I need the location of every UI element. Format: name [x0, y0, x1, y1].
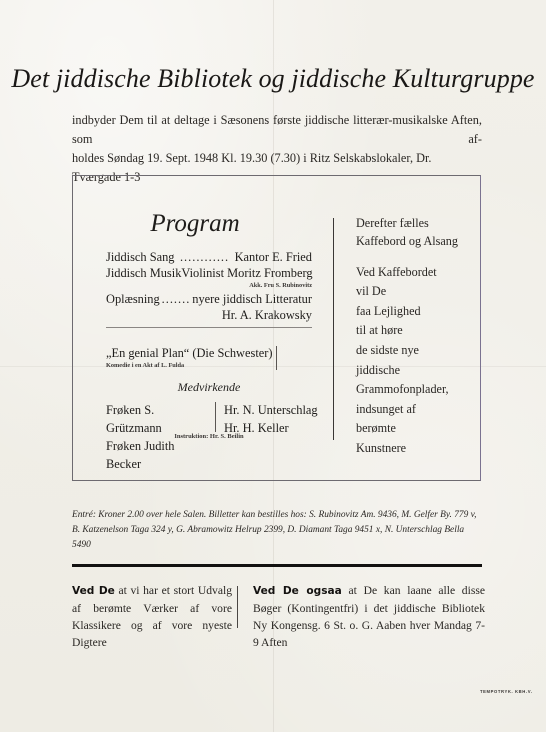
program-item-title: Jiddisch Musik: [106, 266, 181, 281]
invitation-line: indbyder Dem til at deltage i Sæsonens f…: [72, 111, 482, 149]
cast-member: Hr. N. Unterschlag: [224, 401, 324, 419]
program-item-performer: Kantor E. Fried: [235, 250, 312, 265]
cast-divider: [215, 402, 216, 432]
program-item-dots: ............: [175, 250, 235, 265]
cast-heading: Medvirkende: [106, 380, 312, 395]
section-rule: [72, 564, 482, 567]
cast-list-right: Hr. N. Unterschlag Hr. H. Keller: [224, 401, 324, 437]
text-line: vil De: [356, 282, 458, 302]
text-line: Kaffebord og Alsang: [356, 232, 458, 250]
document-title: Det jiddische Bibliotek og jiddische Kul…: [0, 64, 546, 94]
text-line: til at høre: [356, 321, 458, 341]
printer-mark: TEMPOTRYK. KBH.V.: [480, 689, 532, 694]
footer-divider: [237, 586, 238, 628]
footer-left-notice: Ved De at vi har et stort Udvalg af berø…: [72, 582, 232, 651]
program-item-performer: nyere jiddisch Litteratur: [192, 292, 312, 307]
cast-member: Frøken S. Grützmann: [106, 401, 211, 437]
text-line: faa Lejlighed: [356, 302, 458, 322]
ticket-line: B. Katzenelson Taga 324 y, G. Abramowitz…: [72, 523, 484, 553]
text-line: Derefter fælles: [356, 214, 458, 232]
program-rule: [106, 327, 312, 328]
ticket-line: Entré: Kroner 2.00 over hele Salen. Bill…: [72, 508, 484, 523]
program-item: Oplæsning ....... nyere jiddisch Littera…: [106, 292, 312, 307]
play-bracket: [276, 346, 277, 370]
program-item-title: Oplæsning: [106, 292, 160, 307]
program-item: Jiddisch Sang ............ Kantor E. Fri…: [106, 250, 312, 265]
program-heading: Program: [105, 210, 285, 238]
refreshments-para: Derefter fælles Kaffebord og Alsang: [356, 214, 458, 251]
play-title: „En genial Plan“ (Die Schwester): [106, 346, 273, 361]
footer-lead: Ved De: [72, 585, 115, 597]
program-item-title: Jiddisch Sang: [106, 250, 175, 265]
column-divider: [333, 218, 334, 440]
footer-right-notice: Ved De ogsaa at De kan laane alle disse …: [253, 582, 485, 651]
program-item-performer: Violinist Moritz Fromberg: [181, 266, 312, 281]
refreshments-column: Derefter fælles Kaffebord og Alsang Ved …: [356, 214, 458, 459]
text-line: berømte: [356, 419, 458, 439]
program-item: Jiddisch Musik .. Violinist Moritz Fromb…: [106, 266, 312, 281]
text-line: indsunget af: [356, 400, 458, 420]
text-line: Kunstnere: [356, 439, 458, 459]
text-line: de sidste nye: [356, 341, 458, 361]
text-line: Grammofonplader,: [356, 380, 458, 400]
accompanist-note: Akk. Fru S. Rubinovitz: [106, 282, 312, 289]
records-para: Ved Kaffebordet vil De faa Lejlighed til…: [356, 263, 458, 459]
text-line: jiddische: [356, 361, 458, 381]
reader-name: Hr. A. Krakowsky: [106, 308, 312, 323]
cast-member: Frøken Judith Becker: [106, 437, 211, 473]
ticket-info: Entré: Kroner 2.00 over hele Salen. Bill…: [72, 508, 484, 553]
text-line: Ved Kaffebordet: [356, 263, 458, 283]
program-item-dots: .......: [160, 292, 193, 307]
play-subtitle: Komedie i en Akt af L. Fulda: [106, 362, 184, 369]
footer-lead: Ved De ogsaa: [253, 585, 342, 597]
direction-credit: Instruktion: Hr. S. Beilin: [106, 433, 312, 440]
